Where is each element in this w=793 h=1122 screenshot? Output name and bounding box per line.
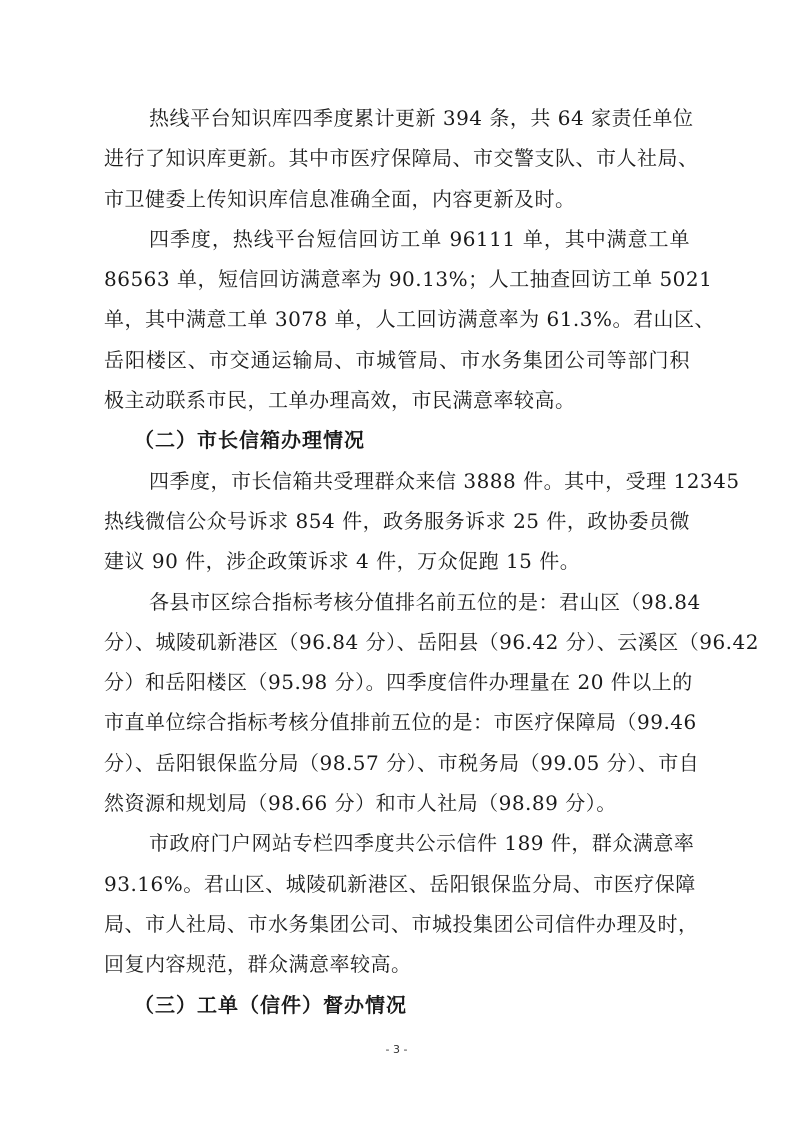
text-line: 岳阳楼区、市交通运输局、市城管局、市水务集团公司等部门积 xyxy=(104,340,690,380)
section-heading-mayor-mailbox: （二）市长信箱办理情况 xyxy=(104,420,690,460)
document-page: 热线平台知识库四季度累计更新 394 条，共 64 家责任单位 进行了知识库更新… xyxy=(104,98,690,1025)
text-line: 建议 90 件，涉企政策诉求 4 件，万众促跑 15 件。 xyxy=(104,541,690,581)
text-line: 各县市区综合指标考核分值排名前五位的是：君山区（98.84 xyxy=(104,582,690,622)
paragraph-knowledge-base: 热线平台知识库四季度累计更新 394 条，共 64 家责任单位 进行了知识库更新… xyxy=(104,98,690,219)
text-line: 局、市人社局、市水务集团公司、市城投集团公司信件办理及时， xyxy=(104,904,690,944)
text-line: 市直单位综合指标考核分值排前五位的是：市医疗保障局（99.46 xyxy=(104,702,690,742)
text-line: 分）和岳阳楼区（95.98 分）。四季度信件办理量在 20 件以上的 xyxy=(104,662,690,702)
text-line: 然资源和规划局（98.66 分）和市人社局（98.89 分）。 xyxy=(104,783,690,823)
text-line: 热线微信公众号诉求 854 件，政务服务诉求 25 件，政协委员微 xyxy=(104,501,690,541)
text-line: 分）、城陵矶新港区（96.84 分）、岳阳县（96.42 分）、云溪区（96.4… xyxy=(104,622,690,662)
paragraph-portal-publication: 市政府门户网站专栏四季度共公示信件 189 件，群众满意率 93.16%。君山区… xyxy=(104,823,690,984)
text-line: 四季度，市长信箱共受理群众来信 3888 件。其中，受理 12345 xyxy=(104,461,690,501)
text-line: 市政府门户网站专栏四季度共公示信件 189 件，群众满意率 xyxy=(104,823,690,863)
text-line: 极主动联系市民，工单办理高效，市民满意率较高。 xyxy=(104,380,690,420)
paragraph-rankings: 各县市区综合指标考核分值排名前五位的是：君山区（98.84 分）、城陵矶新港区（… xyxy=(104,582,690,824)
page-number: - 3 - xyxy=(0,1043,793,1056)
section-heading-supervision: （三）工单（信件）督办情况 xyxy=(104,985,690,1025)
paragraph-mailbox-intake: 四季度，市长信箱共受理群众来信 3888 件。其中，受理 12345 热线微信公… xyxy=(104,461,690,582)
text-line: 四季度，热线平台短信回访工单 96111 单，其中满意工单 xyxy=(104,219,690,259)
text-line: 分）、岳阳银保监分局（98.57 分）、市税务局（99.05 分）、市自 xyxy=(104,743,690,783)
text-line: 市卫健委上传知识库信息准确全面，内容更新及时。 xyxy=(104,179,690,219)
text-line: 热线平台知识库四季度累计更新 394 条，共 64 家责任单位 xyxy=(104,98,690,138)
text-line: 进行了知识库更新。其中市医疗保障局、市交警支队、市人社局、 xyxy=(104,138,690,178)
paragraph-callback-stats: 四季度，热线平台短信回访工单 96111 单，其中满意工单 86563 单，短信… xyxy=(104,219,690,420)
text-line: 86563 单，短信回访满意率为 90.13%；人工抽查回访工单 5021 xyxy=(104,259,690,299)
text-line: 回复内容规范，群众满意率较高。 xyxy=(104,944,690,984)
text-line: 93.16%。君山区、城陵矶新港区、岳阳银保监分局、市医疗保障 xyxy=(104,864,690,904)
text-line: 单，其中满意工单 3078 单，人工回访满意率为 61.3%。君山区、 xyxy=(104,299,690,339)
